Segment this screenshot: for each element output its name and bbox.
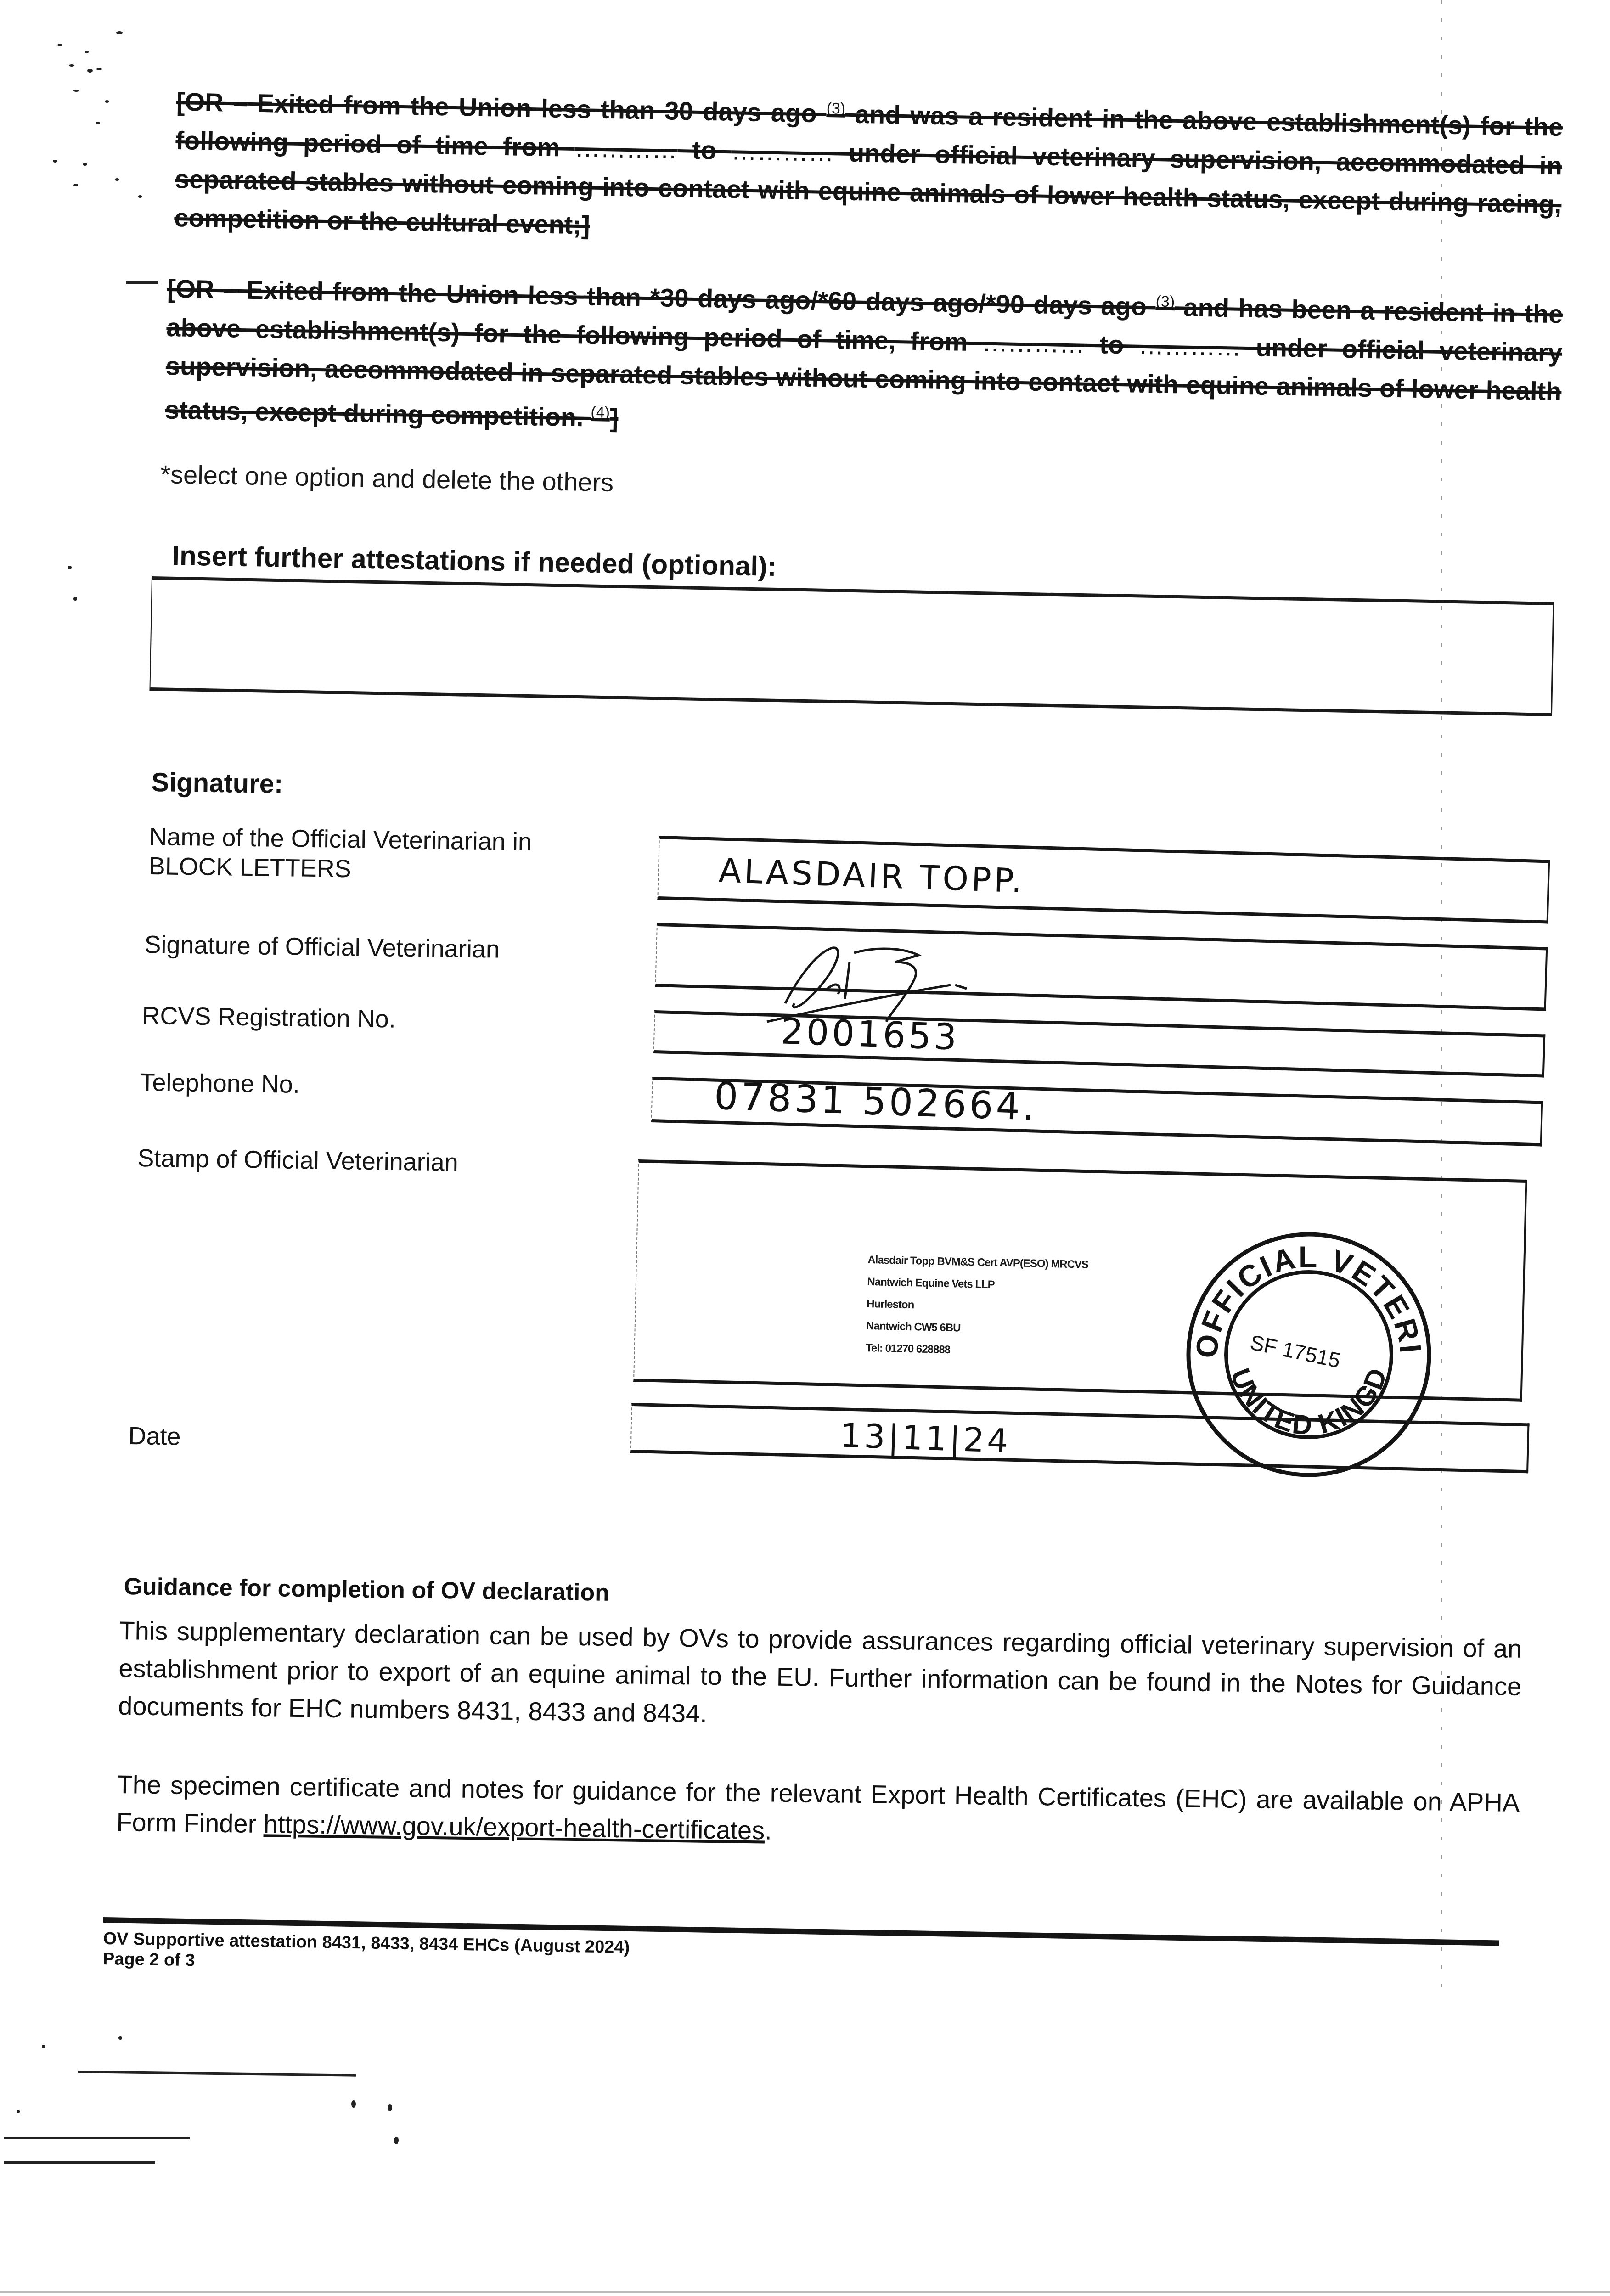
field-label-ov-signature: Signature of Official Veterinarian: [144, 930, 500, 964]
export-health-certificates-link[interactable]: https://www.gov.uk/export-health-certifi…: [263, 1809, 765, 1845]
stray-line: [4, 2161, 155, 2164]
attestation-option-1-struck: [OR – Exited from the Union less than 30…: [174, 77, 1564, 262]
further-attestations-heading: Insert further attestations if needed (o…: [172, 540, 777, 582]
option-text: ]: [609, 403, 619, 432]
field-label-stamp: Stamp of Official Veterinarian: [137, 1143, 458, 1177]
blank-date-to: …………: [1138, 330, 1241, 361]
field-label-ov-name: Name of the Official Veterinarian in BLO…: [148, 822, 532, 886]
stray-line: [78, 2071, 356, 2076]
label-line: Name of the Official Veterinarian in: [149, 822, 532, 857]
guidance-text: .: [765, 1816, 772, 1845]
attestation-option-2-struck: [OR – Exited from the Union less than *3…: [164, 264, 1563, 455]
option-text: [OR – Exited from the Union less than 30…: [176, 87, 827, 128]
footnote-ref: (3): [1155, 293, 1175, 310]
option-text: to: [1085, 329, 1139, 359]
label-line: BLOCK LETTERS: [148, 851, 531, 886]
further-attestations-input[interactable]: [149, 576, 1554, 716]
guidance-heading: Guidance for completion of OV declaratio…: [124, 1573, 609, 1607]
document-page: [OR – Exited from the Union less than 30…: [0, 0, 1610, 2296]
footer: OV Supportive attestation 8431, 8433, 84…: [103, 1929, 630, 1978]
practice-stamp: Alasdair Topp BVM&S Cert AVP(ESO) MRCVS …: [866, 1249, 1089, 1364]
field-label-rcvs-number: RCVS Registration No.: [142, 1001, 396, 1034]
blank-date-to: …………: [731, 136, 834, 167]
guidance-paragraph-1: This supplementary declaration can be us…: [118, 1612, 1522, 1743]
blank-date-from: …………: [574, 133, 678, 164]
option-text: [OR – Exited from the Union less than *3…: [167, 274, 1156, 321]
field-label-date: Date: [128, 1421, 181, 1452]
footnote-ref: (4): [591, 404, 610, 422]
option-text: to: [677, 135, 732, 165]
field-label-telephone: Telephone No.: [140, 1068, 300, 1099]
stray-line: [4, 2137, 190, 2139]
guidance-paragraph-2: The specimen certificate and notes for g…: [116, 1766, 1520, 1859]
select-option-note: *select one option and delete the others: [160, 459, 614, 497]
signature-heading: Signature:: [151, 767, 283, 799]
rcvs-registration-value: 2001653: [780, 1011, 960, 1058]
blank-date-from: …………: [982, 327, 1085, 358]
scan-edge: [0, 2291, 1610, 2293]
guidance-text: This supplementary declaration can be us…: [118, 1616, 1522, 1728]
date-value: 13|11|24: [840, 1416, 1012, 1461]
strike-lead-line: [126, 281, 158, 284]
seal-number: SF 17515: [1248, 1330, 1343, 1373]
footnote-ref: (3): [826, 100, 845, 118]
